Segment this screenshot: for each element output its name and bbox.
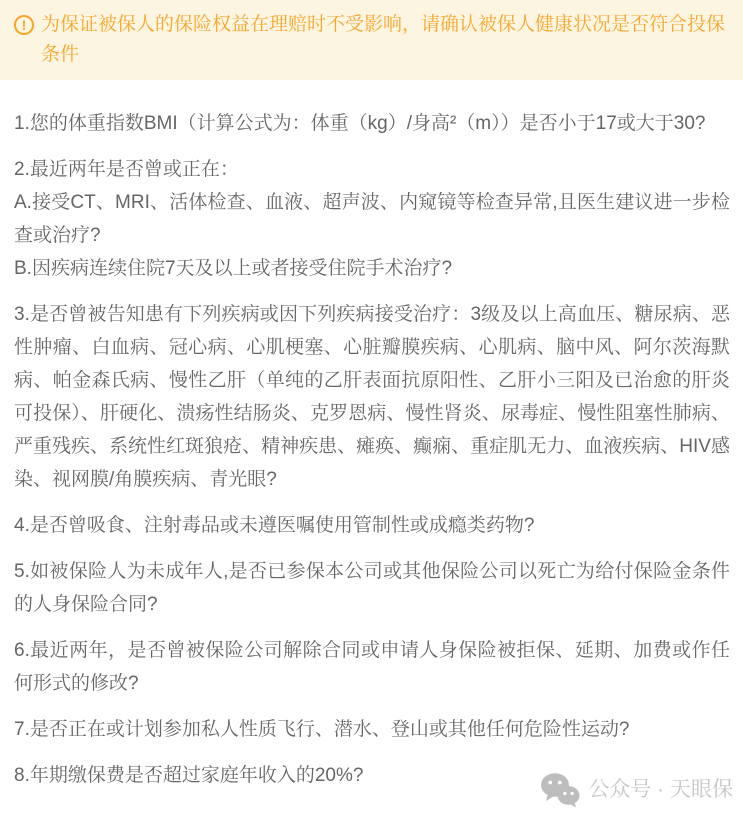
question-dangerous-activities: 7.是否正在或计划参加私人性质飞行、潜水、登山或其他任何危险性运动? bbox=[14, 713, 730, 746]
question-line: 7.是否正在或计划参加私人性质飞行、潜水、登山或其他任何危险性运动? bbox=[14, 713, 730, 746]
question-line: B.因疾病连续住院7天及以上或者接受住院手术治疗? bbox=[14, 252, 730, 285]
question-line: 1.您的体重指数BMI（计算公式为：体重（kg）/身高²（m））是否小于17或大… bbox=[14, 107, 730, 140]
question-line: 6.最近两年，是否曾被保险公司解除合同或申请人身保险被拒保、延期、加费或作任何形… bbox=[14, 634, 730, 700]
health-questionnaire-page: ! 为保证被保人的保险权益在理赔时不受影响，请确认被保人健康状况是否符合投保条件… bbox=[0, 0, 743, 828]
banner-text: 为保证被保人的保险权益在理赔时不受影响，请确认被保人健康状况是否符合投保条件 bbox=[41, 10, 727, 70]
question-bmi: 1.您的体重指数BMI（计算公式为：体重（kg）/身高²（m））是否小于17或大… bbox=[14, 107, 730, 140]
question-line: 5.如被保险人为未成年人,是否已参保本公司或其他保险公司以死亡为给付保险金条件的… bbox=[14, 555, 730, 621]
question-disease-history: 3.是否曾被告知患有下列疾病或因下列疾病接受治疗：3级及以上高血压、糖尿病、恶性… bbox=[14, 298, 730, 496]
warning-circle-icon: ! bbox=[14, 15, 34, 35]
health-notice-banner: ! 为保证被保人的保险权益在理赔时不受影响，请确认被保人健康状况是否符合投保条件 bbox=[0, 0, 743, 80]
question-policy-rejection: 6.最近两年，是否曾被保险公司解除合同或申请人身保险被拒保、延期、加费或作任何形… bbox=[14, 634, 730, 700]
question-recent-two-years-exams: 2.最近两年是否曾或正在： A.接受CT、MRI、活体检查、血液、超声波、内窥镜… bbox=[14, 153, 730, 285]
question-drug-use: 4.是否曾吸食、注射毒品或未遵医嘱使用管制性或成瘾类药物? bbox=[14, 509, 730, 542]
question-line: 2.最近两年是否曾或正在： bbox=[14, 153, 730, 186]
question-line: 3.是否曾被告知患有下列疾病或因下列疾病接受治疗：3级及以上高血压、糖尿病、恶性… bbox=[14, 298, 730, 496]
question-minor-insurance: 5.如被保险人为未成年人,是否已参保本公司或其他保险公司以死亡为给付保险金条件的… bbox=[14, 555, 730, 621]
questions-list: 1.您的体重指数BMI（计算公式为：体重（kg）/身高²（m））是否小于17或大… bbox=[0, 80, 743, 792]
question-line: 4.是否曾吸食、注射毒品或未遵医嘱使用管制性或成瘾类药物? bbox=[14, 509, 730, 542]
question-line: 8.年期缴保费是否超过家庭年收入的20%? bbox=[14, 759, 730, 792]
question-line: A.接受CT、MRI、活体检查、血液、超声波、内窥镜等检查异常,且医生建议进一步… bbox=[14, 186, 730, 252]
question-premium-income-ratio: 8.年期缴保费是否超过家庭年收入的20%? bbox=[14, 759, 730, 792]
